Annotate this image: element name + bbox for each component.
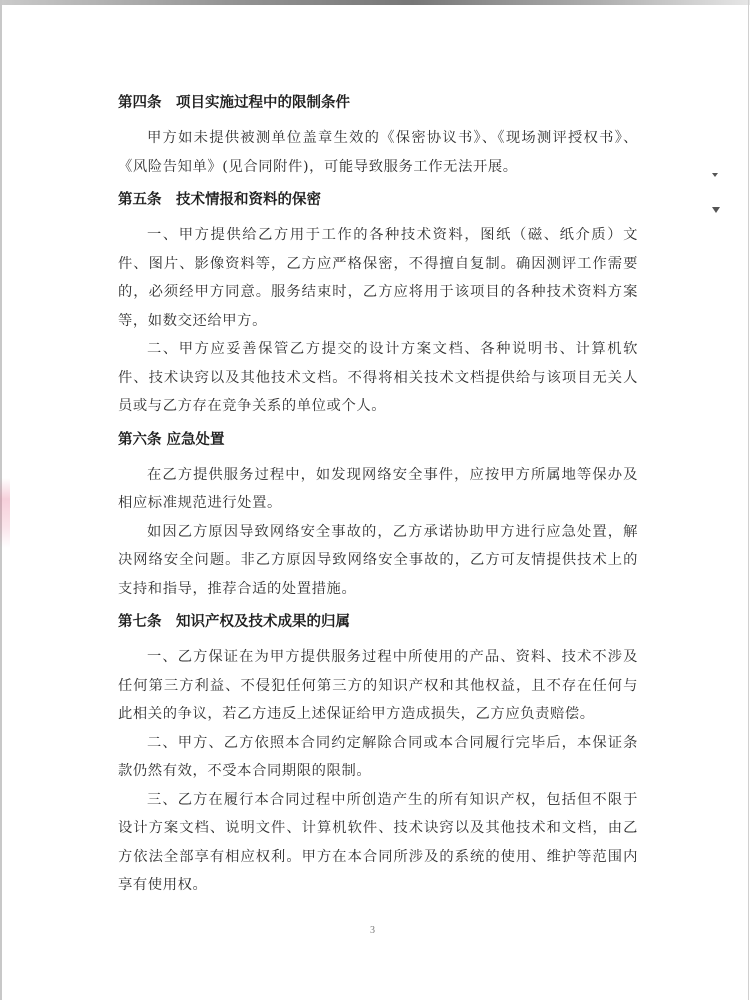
article-title: 第七条 知识产权及技术成果的归属 xyxy=(118,611,638,633)
margin-mark xyxy=(712,207,720,213)
paragraph: 在乙方提供服务过程中，如发现网络安全事件，应按甲方所属地等保办及相应标准规范进行… xyxy=(118,461,638,518)
scan-top-edge xyxy=(0,0,750,5)
seal-stamp-fragment xyxy=(0,478,10,548)
article-title: 第六条 应急处置 xyxy=(118,429,638,451)
article-6: 第六条 应急处置 在乙方提供服务过程中，如发现网络安全事件，应按甲方所属地等保办… xyxy=(118,429,638,604)
article-7: 第七条 知识产权及技术成果的归属 一、乙方保证在为甲方提供服务过程中所使用的产品… xyxy=(118,611,638,900)
article-title: 第四条 项目实施过程中的限制条件 xyxy=(118,92,638,114)
paragraph: 如因乙方原因导致网络安全事故的，乙方承诺协助甲方进行应急处置，解决网络安全问题。… xyxy=(118,518,638,604)
paragraph: 一、甲方提供给乙方用于工作的各种技术资料，图纸（磁、纸介质）文件、图片、影像资料… xyxy=(118,221,638,335)
page-number: 3 xyxy=(370,925,375,936)
paragraph: 甲方如未提供被测单位盖章生效的《保密协议书》、《现场测评授权书》、《风险告知单》… xyxy=(118,124,638,181)
paragraph: 二、甲方、乙方依照本合同约定解除合同或本合同履行完毕后，本保证条款仍然有效，不受… xyxy=(118,729,638,786)
article-5: 第五条 技术情报和资料的保密 一、甲方提供给乙方用于工作的各种技术资料，图纸（磁… xyxy=(118,189,638,421)
scan-right-edge xyxy=(748,0,749,1000)
article-4: 第四条 项目实施过程中的限制条件 甲方如未提供被测单位盖章生效的《保密协议书》、… xyxy=(118,92,638,181)
document-page: 第四条 项目实施过程中的限制条件 甲方如未提供被测单位盖章生效的《保密协议书》、… xyxy=(118,92,638,908)
paragraph: 一、乙方保证在为甲方提供服务过程中所使用的产品、资料、技术不涉及任何第三方利益、… xyxy=(118,643,638,729)
article-title: 第五条 技术情报和资料的保密 xyxy=(118,189,638,211)
margin-mark xyxy=(712,173,718,177)
paragraph: 三、乙方在履行本合同过程中所创造产生的所有知识产权，包括但不限于设计方案文档、说… xyxy=(118,786,638,900)
paragraph: 二、甲方应妥善保管乙方提交的设计方案文档、各种说明书、计算机软件、技术诀窍以及其… xyxy=(118,335,638,421)
